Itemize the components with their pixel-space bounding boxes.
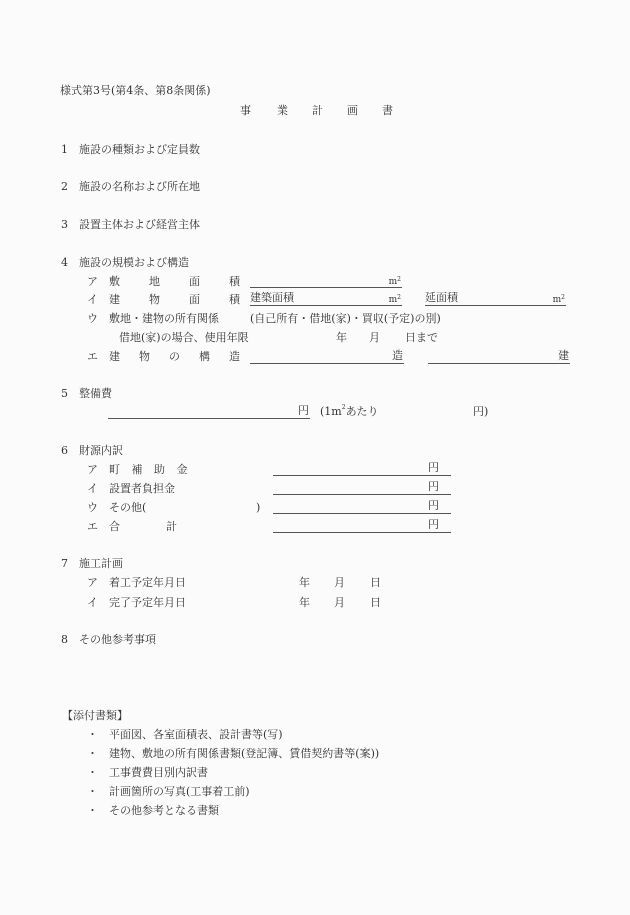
attachments-heading: 【添付書類】 [62,709,128,722]
section-heading-funding: 財源内訳 [79,444,123,457]
section-heading-scale-structure: 施設の規模および構造 [79,256,189,269]
start-year-unit: 年 [299,576,310,589]
label-char: 物 [139,350,150,363]
section-number: 5 [61,387,68,400]
section-heading-facility-name: 施設の名称および所在地 [79,180,200,193]
section-heading-cost: 整備費 [79,387,112,400]
total-cost-field[interactable]: 円 [108,404,310,419]
title-char: 画 [347,104,358,117]
item-mark: ウ [87,501,98,514]
yen-unit: 円 [298,402,309,418]
section-heading-facility-type: 施設の種類および定員数 [79,143,200,156]
bullet: ・ [87,785,98,798]
start-month-unit: 月 [334,576,345,589]
per-unit-yen-close: 円) [473,405,488,418]
title-char: 書 [382,104,393,117]
total-label-b: 計 [166,520,177,533]
other-funding-label: その他( [109,501,146,514]
section-heading-operator: 設置主体および経営主体 [79,218,200,231]
completion-month-unit: 月 [334,596,345,609]
label-char: 建 [109,293,120,306]
yen-unit: 円 [428,478,439,494]
yen-unit: 円 [428,516,439,532]
item-mark: ア [87,463,98,476]
label-char: 造 [229,350,240,363]
completion-date-label: 完了予定年月日 [109,596,186,609]
section-number: 3 [61,218,68,231]
structure-field[interactable]: 造 [250,349,404,364]
other-funding-field[interactable]: 円 [273,499,451,514]
label-char: 面 [189,275,200,288]
section-number: 7 [61,557,68,570]
section-number: 1 [61,143,68,156]
item-mark: エ [87,350,98,363]
total-label-a: 合 [109,520,120,533]
label-char: 構 [199,350,210,363]
label-char: 面 [189,293,200,306]
attachment-item: 工事費費目別内訳書 [109,766,208,779]
other-funding-label-close: ) [256,501,260,514]
start-date-label: 着工予定年月日 [109,576,186,589]
item-mark: ア [87,576,98,589]
attachment-item: 平面図、各室面積表、設計書等(写) [109,728,283,741]
structure-suffix: 造 [392,347,403,363]
section-number: 8 [61,633,68,646]
bullet: ・ [87,766,98,779]
lease-month-unit: 月 [369,331,380,344]
floors-suffix: 建 [558,347,569,363]
completion-day-unit: 日 [370,596,381,609]
building-area-field[interactable]: 建築面積 m2 [250,291,402,306]
yen-unit: 円 [428,459,439,475]
floors-field[interactable]: 建 [428,349,570,364]
label-char: 積 [229,275,240,288]
title-char: 事 [240,104,251,117]
building-area-sublabel: 建築面積 [250,289,294,305]
unit-square-meter: m2 [553,295,565,305]
item-mark: ア [87,275,98,288]
floor-area-field[interactable]: 延面積 m2 [425,291,566,306]
title-char: 計 [312,104,323,117]
section-number: 4 [61,256,68,269]
lease-period-label: 借地(家)の場合、使用年限 [119,331,249,344]
total-funding-field[interactable]: 円 [273,518,451,533]
item-mark: イ [87,596,98,609]
operator-burden-label: 設置者負担金 [109,482,175,495]
section-heading-other-notes: その他参考事項 [79,633,156,646]
title-char: 業 [277,104,288,117]
operator-burden-field[interactable]: 円 [273,480,451,495]
bullet: ・ [87,728,98,741]
item-mark: エ [87,520,98,533]
ownership-options[interactable]: (自己所有・借地(家)・買収(予定)の別) [250,312,441,325]
lease-day-until: 日まで [405,331,438,344]
section-heading-construction-plan: 施工計画 [79,557,123,570]
item-mark: ウ [87,312,98,325]
yen-unit: 円 [428,497,439,513]
town-subsidy-label: 町 補 助 金 [109,463,192,476]
attachment-item: 建物、敷地の所有関係書類(登記簿、賃借契約書等(案)) [109,747,379,760]
attachment-item: その他参考となる書類 [109,804,219,817]
per-unit-cost-label: (1m2あたり [320,405,379,418]
label-char: 積 [229,293,240,306]
lease-year-unit: 年 [336,331,347,344]
label-char: 建 [109,350,120,363]
section-number: 2 [61,180,68,193]
label-char: 地 [149,275,160,288]
town-subsidy-field[interactable]: 円 [273,461,451,476]
bullet: ・ [87,804,98,817]
start-day-unit: 日 [370,576,381,589]
label-char: の [169,350,180,363]
item-mark: イ [87,293,98,306]
floor-area-sublabel: 延面積 [425,289,458,305]
label-char: 敷 [109,275,120,288]
label-char: 物 [149,293,160,306]
item-mark: イ [87,482,98,495]
form-number: 様式第3号(第4条、第8条関係) [60,84,211,97]
unit-square-meter: m2 [389,277,401,287]
site-area-field[interactable]: m2 [250,273,402,288]
section-number: 6 [61,444,68,457]
completion-year-unit: 年 [299,596,310,609]
unit-square-meter: m2 [389,295,401,305]
attachment-item: 計画箇所の写真(工事着工前) [109,785,250,798]
bullet: ・ [87,747,98,760]
ownership-label: 敷地・建物の所有関係 [109,312,219,325]
